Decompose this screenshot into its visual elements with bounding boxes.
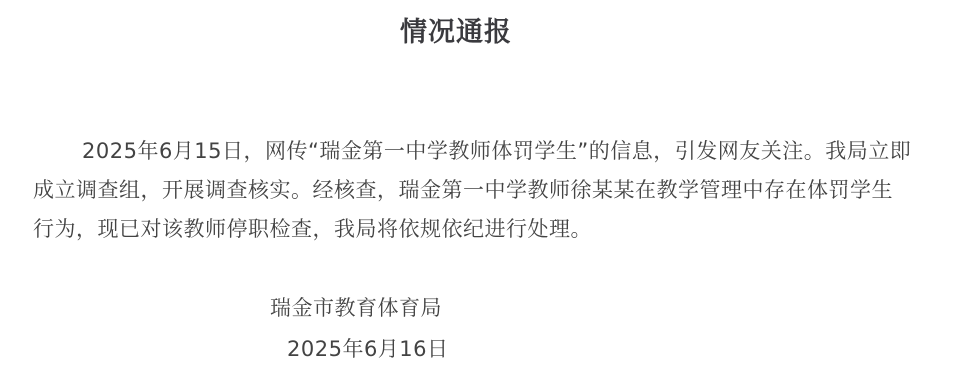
body-line-1: 2025年6月15日，网传“瑞金第一中学教师体罚学生”的信息，引发网友关注。我局… [33, 132, 893, 171]
body-line-2: 成立调查组，开展调查核实。经核查，瑞金第一中学教师徐某某在教学管理中存在体罚学生 [33, 171, 893, 210]
agency-signature: 瑞金市教育体育局 [270, 289, 442, 328]
notice-document: 情况通报 2025年6月15日，网传“瑞金第一中学教师体罚学生”的信息，引发网友… [0, 0, 953, 378]
notice-body: 2025年6月15日，网传“瑞金第一中学教师体罚学生”的信息，引发网友关注。我局… [33, 132, 893, 249]
notice-date: 2025年6月16日 [287, 330, 449, 369]
body-line-3: 行为，现已对该教师停职检查，我局将依规依纪进行处理。 [33, 210, 893, 249]
page-title: 情况通报 [0, 17, 912, 49]
